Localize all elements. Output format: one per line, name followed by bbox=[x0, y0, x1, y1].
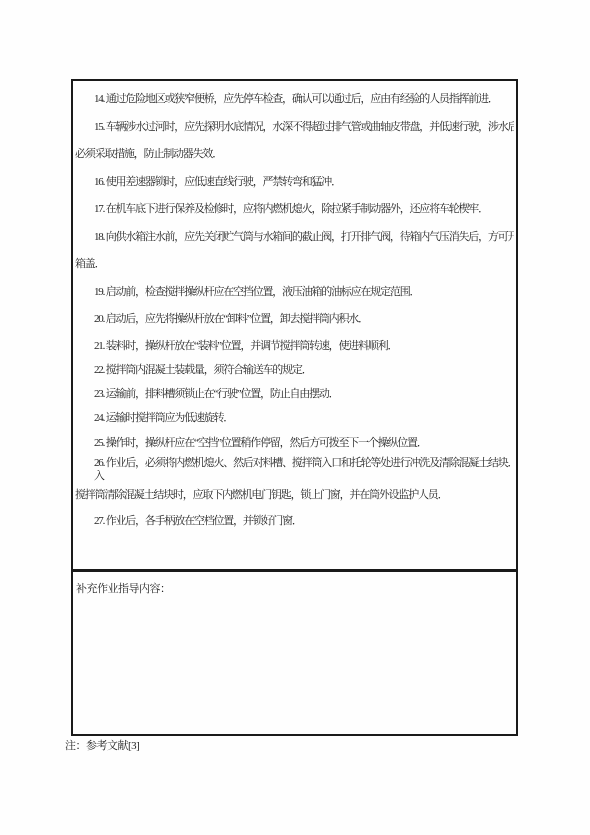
instruction-line: 21. 装料时，操纵杆放在“装料”位置，并调节搅拌筒转速，使进料顺利． bbox=[75, 334, 514, 358]
supplement-label: 补充作业指导内容： bbox=[76, 580, 512, 596]
instruction-line: 19. 启动前，检查搅拌操纵杆应在空挡位置，液压油箱的油标应在规定范围． bbox=[75, 279, 514, 307]
instruction-line: 14. 通过危险地区或狭窄便桥，应先停车检查，确认可以通过后，应由有经验的人员指… bbox=[75, 86, 514, 114]
instruction-line: 搅拌筒清除混凝土结块时，应取下内燃机电门钥匙，锁上门窗，并在筒外设监护人员． bbox=[75, 483, 514, 508]
instruction-line: 入 bbox=[75, 470, 514, 483]
instruction-line: 22. 搅拌筒内混凝土装载量，须符合输送车的规定． bbox=[75, 358, 514, 382]
instruction-line: 18. 向供水箱注水前，应先关闭贮气筒与水箱间的截止阀，打开排气阀，待箱内气压消… bbox=[75, 224, 514, 252]
instruction-line: 26. 作业后，必须将内燃机熄火、然后对料槽、搅拌筒入口和托轮等处进行冲洗及清除… bbox=[75, 456, 514, 470]
instruction-line: 必须采取措施，防止制动器失效． bbox=[75, 141, 514, 169]
reference-note: 注：参考文献[3] bbox=[65, 737, 139, 753]
instruction-line: 24. 运输时搅拌筒应为低速旋转． bbox=[75, 406, 514, 430]
instruction-line: 15. 车辆涉水过河时，应先探明水底情况，水深不得超过排气管或曲轴皮带盘，并低速… bbox=[75, 114, 514, 142]
instruction-line: 23. 运输前，排料槽须锁止在“行驶”位置，防止自由摆动． bbox=[75, 382, 514, 406]
instruction-line: 16. 使用差速器锁时，应低速直线行驶，严禁转弯和猛冲． bbox=[75, 169, 514, 197]
instruction-line: 27. 作业后，各手柄放在空档位置，并锁好门窗． bbox=[75, 508, 514, 534]
instruction-line: 箱盖． bbox=[75, 251, 514, 279]
instruction-line: 25. 操作时，操纵杆应在“空挡”位置稍作停留，然后方可拨至下一个操纵位置． bbox=[75, 430, 514, 456]
instruction-line: 20. 启动后，应先将操纵杆放在“卸料”位置，卸去搅拌筒内积水． bbox=[75, 306, 514, 334]
instruction-list-cell: 14. 通过危险地区或狭窄便桥，应先停车检查，确认可以通过后，应由有经验的人员指… bbox=[73, 81, 516, 572]
instruction-line: 17. 在机车底下进行保养及检修时，应将内燃机熄火，除拉紧手制动器外，还应将车轮… bbox=[75, 196, 514, 224]
document-page: 14. 通过危险地区或狭窄便桥，应先停车检查，确认可以通过后，应由有经验的人员指… bbox=[0, 0, 590, 835]
instruction-table: 14. 通过危险地区或狭窄便桥，应先停车检查，确认可以通过后，应由有经验的人员指… bbox=[71, 79, 518, 736]
supplement-cell: 补充作业指导内容： bbox=[73, 572, 516, 734]
